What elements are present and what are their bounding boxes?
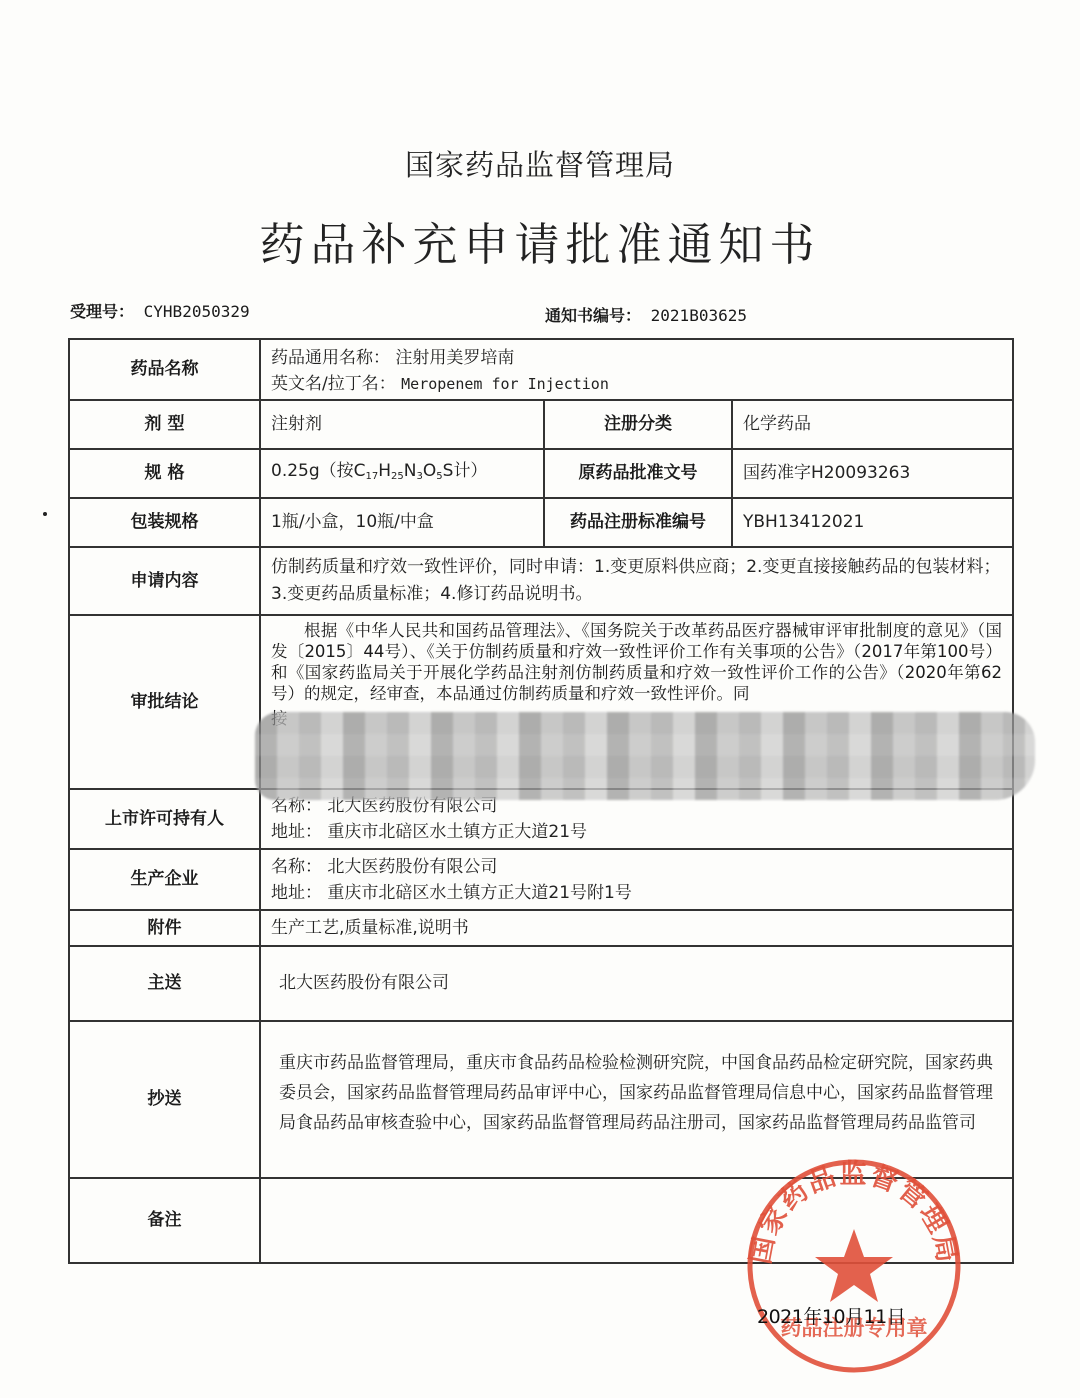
- packaging-value: 1瓶/小盒，10瓶/中盒: [260, 498, 544, 547]
- acceptance-number-label: 受理号：: [70, 302, 134, 321]
- redacted-region: [255, 712, 1035, 800]
- cc-value: 重庆市药品监督管理局，重庆市食品药品检验检测研究院，中国食品药品检定研究院，国家…: [260, 1021, 1013, 1178]
- row-packaging: 包装规格 1瓶/小盒，10瓶/中盒 药品注册标准编号 YBH13412021: [69, 498, 1013, 547]
- manufacturer-label: 生产企业: [69, 849, 260, 910]
- approval-form-table: 药品名称 药品通用名称： 注射用美罗培南 英文名/拉丁名： Meropenem …: [68, 338, 1014, 1264]
- application-label: 申请内容: [69, 547, 260, 615]
- star-icon: [815, 1229, 893, 1302]
- spec-sub-h: 25: [391, 471, 404, 482]
- main-recipient-label: 主送: [69, 946, 260, 1021]
- conclusion-label: 审批结论: [69, 615, 260, 789]
- row-specification: 规 格 0.25g（按C17H25N3O5S计） 原药品批准文号 国药准字H20…: [69, 449, 1013, 498]
- english-name: Meropenem for Injection: [401, 375, 609, 393]
- spec-prefix: 0.25g（按C: [271, 461, 366, 481]
- dosage-form-value: 注射剂: [260, 400, 544, 449]
- original-approval-label: 原药品批准文号: [544, 449, 732, 498]
- manufacturer-name-label: 名称：: [271, 857, 322, 877]
- notice-number-label: 通知书编号：: [545, 306, 641, 325]
- specification-label: 规 格: [69, 449, 260, 498]
- row-dosage-form: 剂 型 注射剂 注册分类 化学药品: [69, 400, 1013, 449]
- spec-o: O: [423, 461, 436, 481]
- issue-date: 2021年10月11日: [757, 1302, 905, 1329]
- mah-address-label: 地址：: [271, 822, 322, 842]
- spec-suffix: 计）: [453, 461, 487, 481]
- spec-s: S: [443, 461, 454, 481]
- row-manufacturer: 生产企业 名称： 北大医药股份有限公司 地址： 重庆市北碚区水土镇方正大道21号…: [69, 849, 1013, 910]
- main-recipient-value: 北大医药股份有限公司: [260, 946, 1013, 1021]
- document-title: 药品补充申请批准通知书: [0, 208, 1080, 273]
- official-seal-icon: 国家药品监督管理局 药品注册专用章: [745, 1157, 963, 1375]
- row-main-recipient: 主送 北大医药股份有限公司: [69, 946, 1013, 1021]
- application-value: 仿制药质量和疗效一致性评价，同时申请：1.变更原料供应商；2.变更直接接触药品的…: [260, 547, 1013, 615]
- row-application: 申请内容 仿制药质量和疗效一致性评价，同时申请：1.变更原料供应商；2.变更直接…: [69, 547, 1013, 615]
- manufacturer-name: 北大医药股份有限公司: [327, 857, 497, 877]
- packaging-label: 包装规格: [69, 498, 260, 547]
- manufacturer-address: 重庆市北碚区水土镇方正大道21号附1号: [327, 883, 631, 903]
- row-attachments: 附件 生产工艺,质量标准,说明书: [69, 910, 1013, 946]
- spec-h: H: [378, 461, 391, 481]
- registration-class-value: 化学药品: [732, 400, 1013, 449]
- notice-number: 通知书编号： 2021B03625: [545, 303, 747, 326]
- generic-name-label: 药品通用名称：: [271, 348, 390, 368]
- issuing-agency: 国家药品监督管理局: [0, 143, 1080, 184]
- standard-number-label: 药品注册标准编号: [544, 498, 732, 547]
- english-name-label: 英文名/拉丁名：: [271, 374, 396, 394]
- cc-label: 抄送: [69, 1021, 260, 1178]
- spec-sub-c: 17: [366, 471, 379, 482]
- row-drug-name: 药品名称 药品通用名称： 注射用美罗培南 英文名/拉丁名： Meropenem …: [69, 339, 1013, 400]
- mah-address: 重庆市北碚区水土镇方正大道21号: [327, 822, 587, 842]
- attachments-label: 附件: [69, 910, 260, 946]
- registration-class-label: 注册分类: [544, 400, 732, 449]
- scan-speck: [43, 512, 47, 516]
- mah-label: 上市许可持有人: [69, 789, 260, 849]
- generic-name: 注射用美罗培南: [395, 348, 514, 368]
- manufacturer-address-label: 地址：: [271, 883, 322, 903]
- acceptance-number: 受理号： CYHB2050329: [70, 299, 250, 322]
- row-cc: 抄送 重庆市药品监督管理局，重庆市食品药品检验检测研究院，中国食品药品检定研究院…: [69, 1021, 1013, 1178]
- conclusion-text: 根据《中华人民共和国药品管理法》、《国务院关于改革药品医疗器械审评审批制度的意见…: [271, 616, 1002, 704]
- drug-name-label: 药品名称: [69, 339, 260, 400]
- specification-value: 0.25g（按C17H25N3O5S计）: [260, 449, 544, 498]
- drug-name-value: 药品通用名称： 注射用美罗培南 英文名/拉丁名： Meropenem for I…: [260, 339, 1013, 400]
- acceptance-number-value: CYHB2050329: [144, 302, 250, 321]
- spec-n: N: [404, 461, 417, 481]
- attachments-value: 生产工艺,质量标准,说明书: [260, 910, 1013, 946]
- manufacturer-value: 名称： 北大医药股份有限公司 地址： 重庆市北碚区水土镇方正大道21号附1号: [260, 849, 1013, 910]
- notice-number-value: 2021B03625: [651, 306, 747, 325]
- standard-number-value: YBH13412021: [732, 498, 1013, 547]
- original-approval-value: 国药准字H20093263: [732, 449, 1013, 498]
- dosage-form-label: 剂 型: [69, 400, 260, 449]
- remarks-label: 备注: [69, 1178, 260, 1263]
